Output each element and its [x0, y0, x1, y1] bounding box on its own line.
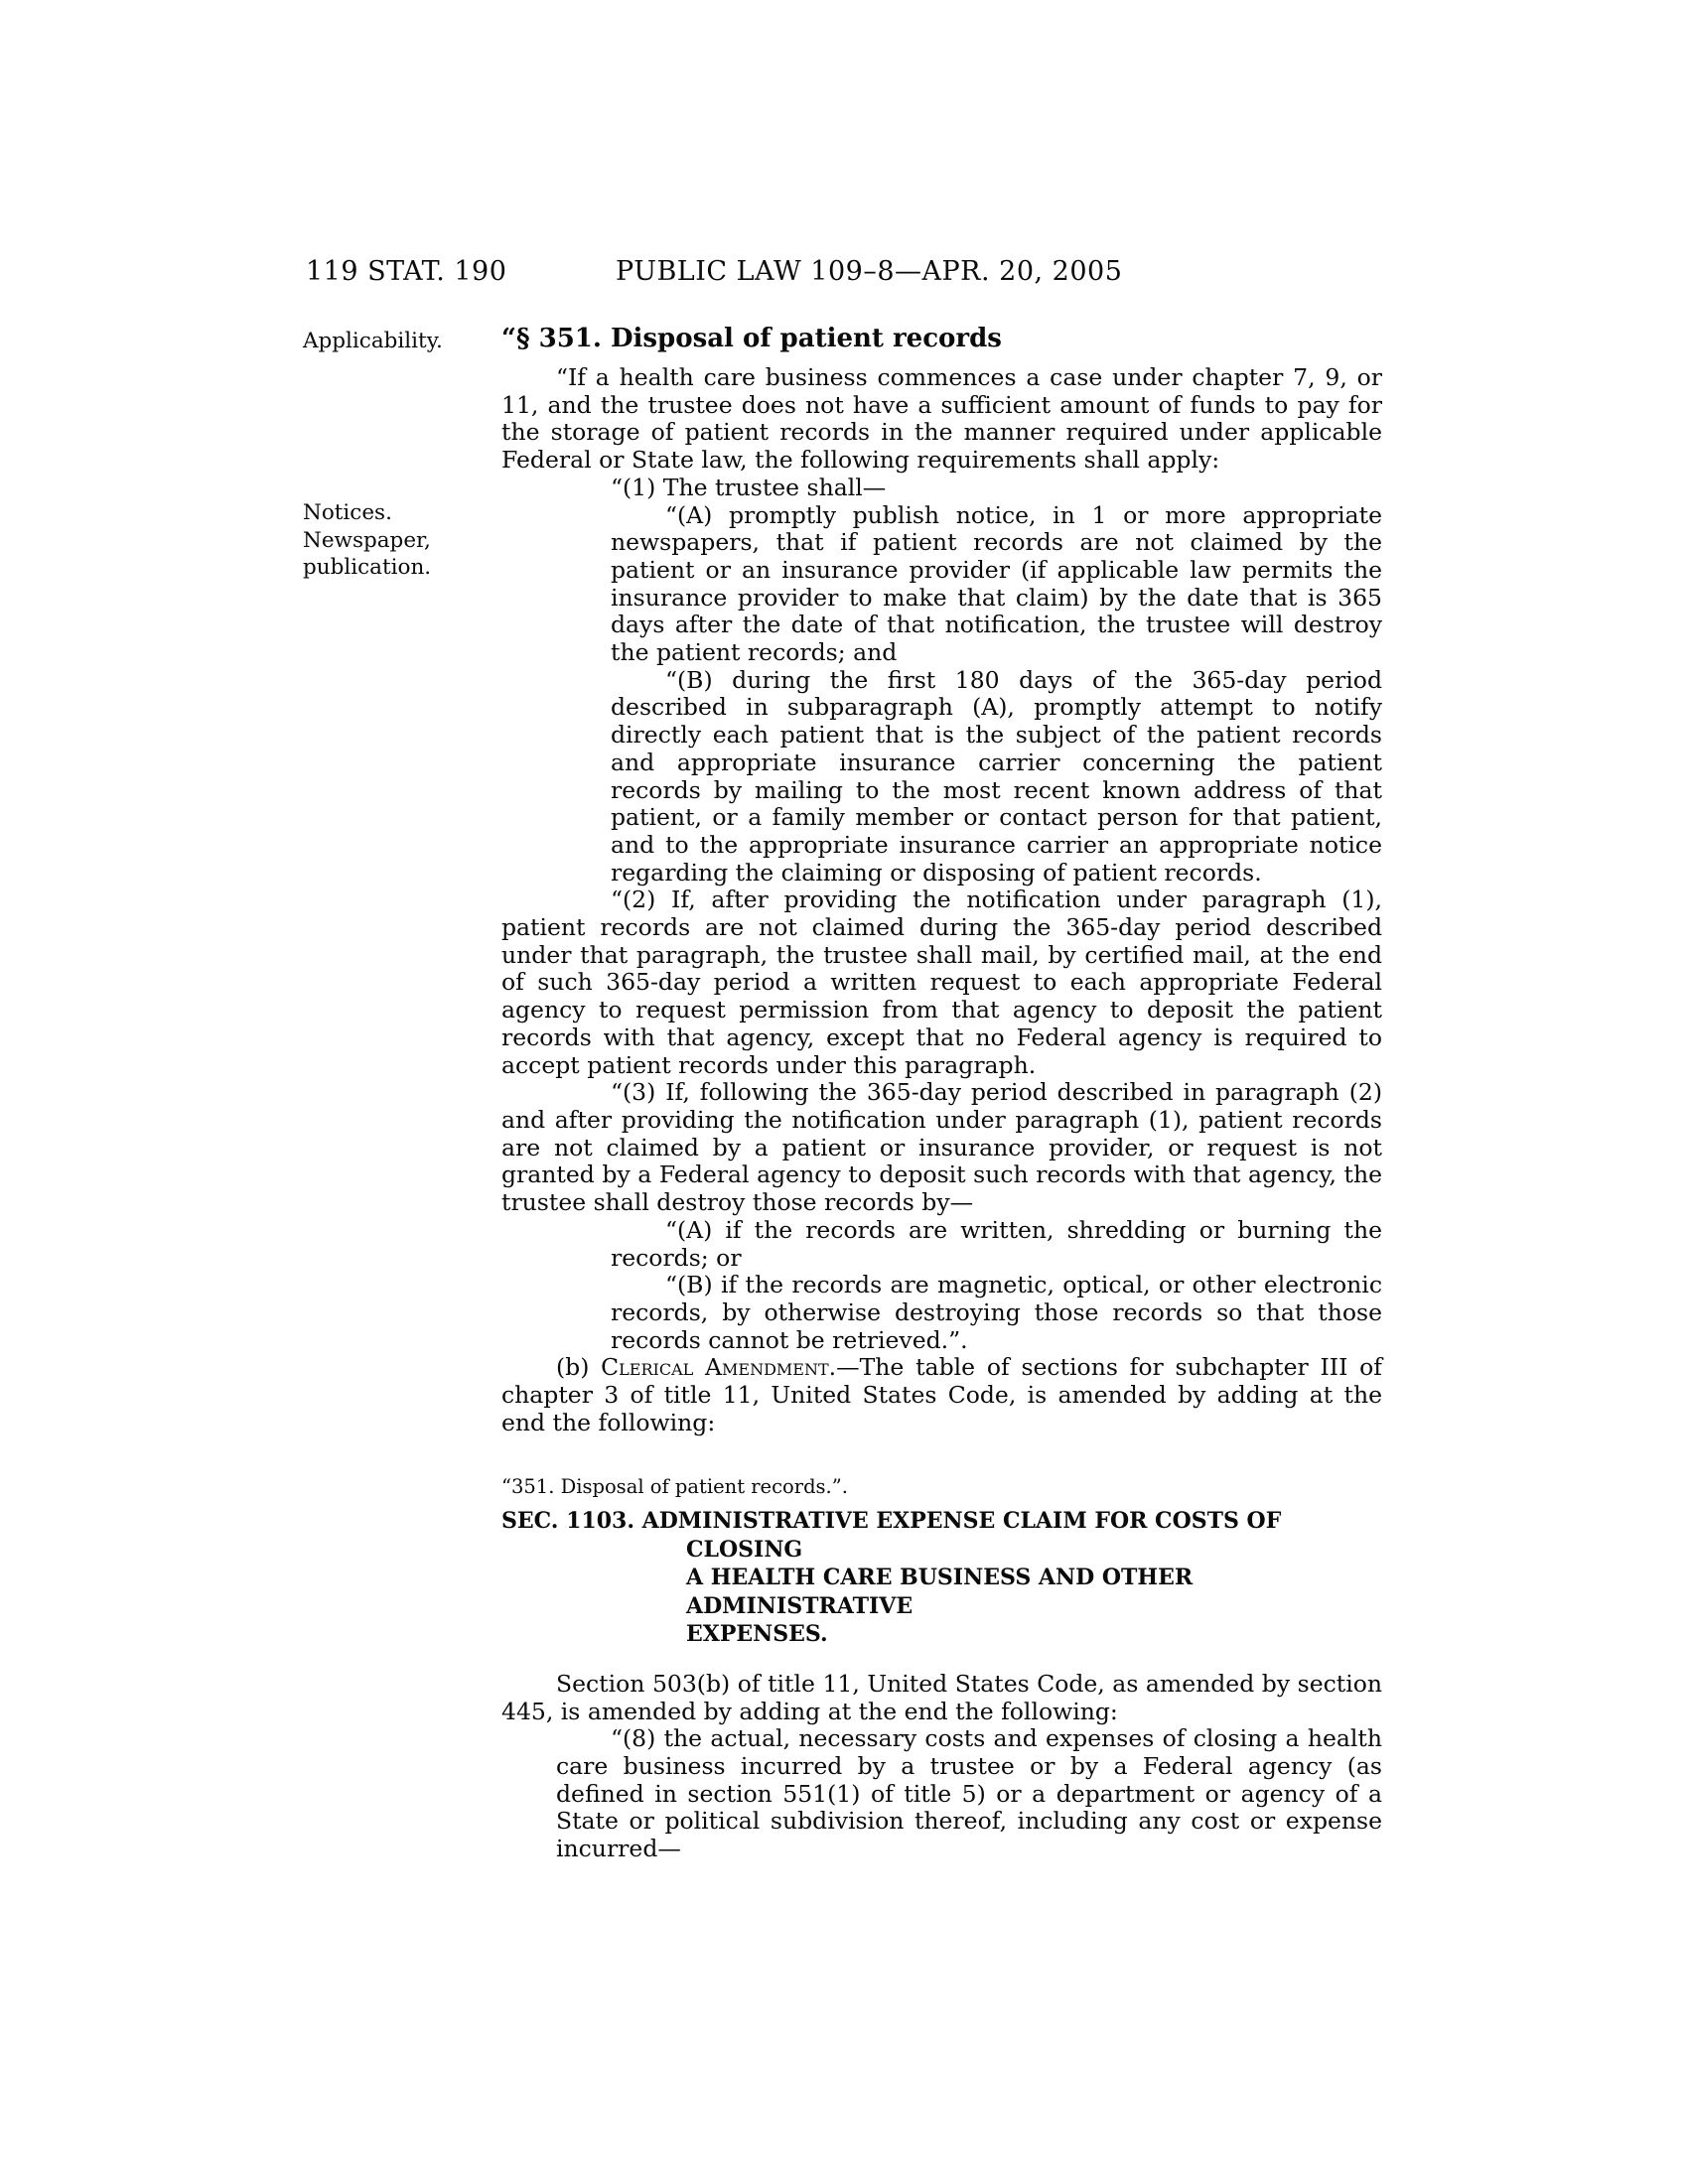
margin-note-applicability: Applicability.: [303, 328, 472, 355]
header-law-title: PUBLIC LAW 109–8—APR. 20, 2005: [616, 256, 1122, 287]
paragraph-3B: “(B) if the records are magnetic, optica…: [611, 1272, 1382, 1354]
paragraph-2: “(2) If, after providing the notificatio…: [501, 887, 1382, 1079]
paragraph-1: “(1) The trustee shall—: [501, 475, 1382, 502]
statute-page: 119 STAT. 190 PUBLIC LAW 109–8—APR. 20, …: [0, 0, 1688, 2184]
margin-note-notices: Notices. Newspaper, publication.: [303, 499, 472, 582]
clerical-amendment-smallcaps: Clerical Amendment: [601, 1353, 828, 1381]
statute-body: “§ 351. Disposal of patient records “If …: [501, 324, 1382, 1863]
section-351-intro-paragraph: “If a health care business commences a c…: [501, 364, 1382, 475]
paragraph-3A: “(A) if the records are written, shreddi…: [611, 1217, 1382, 1272]
clerical-amendment-paragraph: (b) Clerical Amendment.—The table of sec…: [501, 1354, 1382, 1436]
paragraph-3: “(3) If, following the 365-day period de…: [501, 1079, 1382, 1217]
paragraph-1B: “(B) during the first 180 days of the 36…: [611, 667, 1382, 887]
clerical-amendment-prefix: (b): [556, 1353, 601, 1381]
section-351-heading: “§ 351. Disposal of patient records: [501, 324, 1382, 353]
section-1103-heading: SEC. 1103. ADMINISTRATIVE EXPENSE CLAIM …: [501, 1507, 1382, 1649]
table-of-sections-entry: “351. Disposal of patient records.”.: [501, 1475, 1382, 1499]
paragraph-8: “(8) the actual, necessary costs and exp…: [556, 1725, 1382, 1863]
section-1103-intro-paragraph: Section 503(b) of title 11, United State…: [501, 1671, 1382, 1725]
header-stat-page-number: 119 STAT. 190: [306, 256, 506, 287]
paragraph-1A: “(A) promptly publish notice, in 1 or mo…: [611, 502, 1382, 667]
